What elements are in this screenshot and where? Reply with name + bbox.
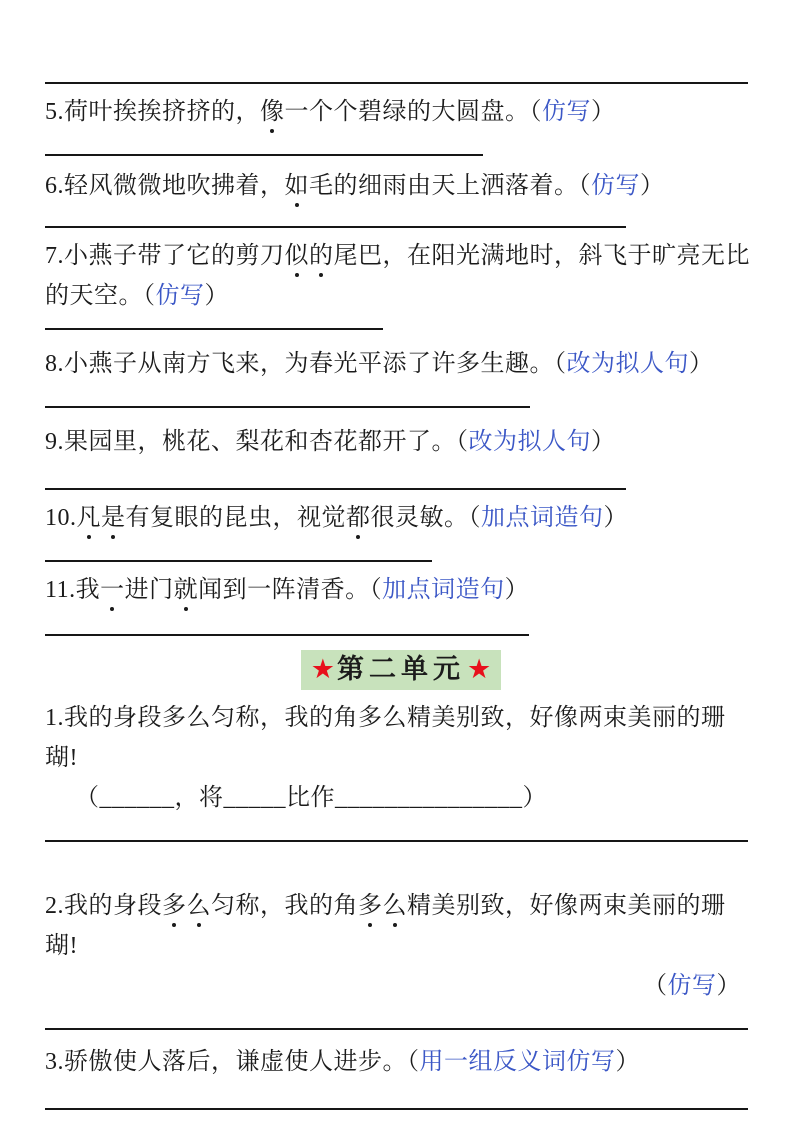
item-line: 8.小燕子从南方飞来，为春光平添了许多生趣。（改为拟人句） bbox=[45, 344, 757, 384]
item-line: （______，将_____比作_______________） bbox=[45, 778, 757, 818]
item-line: 9.果园里，桃花、梨花和杏花都开了。（改为拟人句） bbox=[45, 422, 757, 462]
item-text: 6.轻风微微地吹拂着， bbox=[45, 173, 285, 199]
item-line: 3.骄傲使人落后，谦虚使人进步。（用一组反义词仿写） bbox=[45, 1042, 757, 1082]
item-line: （仿写） bbox=[45, 966, 757, 1006]
paren-open: （ bbox=[407, 1049, 420, 1075]
worksheet-item: 11.我一进门就闻到一阵清香。（加点词造句） bbox=[45, 570, 757, 610]
annotation: 改为拟人句 bbox=[469, 429, 592, 455]
worksheet-item: 8.小燕子从南方飞来，为春光平添了许多生趣。（改为拟人句） bbox=[45, 344, 757, 384]
paren-close: ） bbox=[640, 173, 665, 199]
item-text: 闻到一阵清香。 bbox=[198, 577, 370, 603]
item-text: 10. bbox=[45, 505, 77, 531]
item-text: 3.骄傲使人落后，谦虚使人进步。 bbox=[45, 1049, 407, 1075]
item-line: 2.我的身段多么匀称，我的角多么精美别致，好像两束美丽的珊瑚! bbox=[45, 886, 757, 966]
paren-open: （ bbox=[579, 173, 592, 199]
worksheet-item: 5.荷叶挨挨挤挤的，像一个个碧绿的大圆盘。（仿写） bbox=[45, 92, 757, 132]
paren-open: （ bbox=[456, 429, 469, 455]
star-icon: ★ bbox=[467, 654, 491, 684]
item-text: 8.小燕子从南方飞来，为春光平添了许多生趣。 bbox=[45, 351, 554, 377]
item-text: 9.果园里，桃花、梨花和杏花都开了。 bbox=[45, 429, 456, 455]
answer-line bbox=[45, 406, 530, 408]
annotation: 仿写 bbox=[591, 173, 640, 199]
annotation: 加点词造句 bbox=[481, 505, 604, 531]
item-text: 1.我的身段多么匀称，我的角多么精美别致，好像两束美丽的珊瑚! bbox=[45, 705, 726, 771]
star-icon: ★ bbox=[311, 654, 335, 684]
item-text: 7.小燕子带了它的剪刀 bbox=[45, 243, 285, 269]
answer-line bbox=[45, 488, 626, 490]
unit-header-row: ★第二单元★ bbox=[45, 650, 757, 690]
item-line: 10.凡是有复眼的昆虫，视觉都很灵敏。（加点词造句） bbox=[45, 498, 757, 538]
emphasized-char: 凡 bbox=[77, 505, 102, 533]
paren-open: （ bbox=[530, 99, 543, 125]
answer-line bbox=[45, 226, 626, 228]
item-text: 有复眼的昆虫，视觉 bbox=[126, 505, 347, 531]
emphasized-char: 多 bbox=[358, 893, 383, 921]
annotation: 仿写 bbox=[156, 283, 205, 309]
worksheet-page: 5.荷叶挨挨挤挤的，像一个个碧绿的大圆盘。（仿写）6.轻风微微地吹拂着，如毛的细… bbox=[45, 0, 757, 1110]
worksheet-item: 6.轻风微微地吹拂着，如毛的细雨由天上洒落着。（仿写） bbox=[45, 166, 757, 206]
worksheet-item: 10.凡是有复眼的昆虫，视觉都很灵敏。（加点词造句） bbox=[45, 498, 757, 538]
item-line: 11.我一进门就闻到一阵清香。（加点词造句） bbox=[45, 570, 757, 610]
emphasized-char: 都 bbox=[346, 505, 371, 533]
paren-close: ） bbox=[505, 577, 530, 603]
emphasized-char: 一 bbox=[100, 577, 125, 605]
answer-line bbox=[45, 840, 748, 842]
worksheet-item: 1.我的身段多么匀称，我的角多么精美别致，好像两束美丽的珊瑚!（______，将… bbox=[45, 698, 757, 818]
item-text: （______，将_____比作_______________） bbox=[75, 785, 547, 811]
paren-close: ） bbox=[205, 283, 230, 309]
item-text: 一个个碧绿的大圆盘。 bbox=[285, 99, 530, 125]
paren-open: （ bbox=[370, 577, 383, 603]
item-text: 11.我 bbox=[45, 577, 100, 603]
worksheet-item: 9.果园里，桃花、梨花和杏花都开了。（改为拟人句） bbox=[45, 422, 757, 462]
answer-line bbox=[45, 634, 529, 636]
emphasized-char: 像 bbox=[260, 99, 285, 127]
item-line: 6.轻风微微地吹拂着，如毛的细雨由天上洒落着。（仿写） bbox=[45, 166, 757, 206]
item-text: 毛的细雨由天上洒落着。 bbox=[309, 173, 579, 199]
unit-title: 第二单元 bbox=[337, 654, 465, 684]
answer-line bbox=[45, 328, 383, 330]
item-text: 5.荷叶挨挨挤挤的， bbox=[45, 99, 260, 125]
answer-line bbox=[45, 82, 748, 84]
emphasized-char: 似 bbox=[285, 243, 310, 271]
answer-line bbox=[45, 1108, 748, 1110]
paren-close: ） bbox=[591, 99, 616, 125]
worksheet-item: 2.我的身段多么匀称，我的角多么精美别致，好像两束美丽的珊瑚!（仿写） bbox=[45, 886, 757, 1006]
item-text: 很灵敏。 bbox=[371, 505, 469, 531]
emphasized-char: 么 bbox=[187, 893, 212, 921]
annotation: 改为拟人句 bbox=[567, 351, 690, 377]
paren-open: （ bbox=[643, 973, 668, 999]
annotation: 仿写 bbox=[668, 973, 717, 999]
annotation: 仿写 bbox=[542, 99, 591, 125]
paren-close: ） bbox=[616, 1049, 641, 1075]
annotation: 加点词造句 bbox=[382, 577, 505, 603]
emphasized-char: 多 bbox=[162, 893, 187, 921]
paren-open: （ bbox=[143, 283, 156, 309]
worksheet-item: 7.小燕子带了它的剪刀似的尾巴，在阳光满地时，斜飞于旷亮无比的天空。（仿写） bbox=[45, 236, 757, 316]
item-line: 5.荷叶挨挨挤挤的，像一个个碧绿的大圆盘。（仿写） bbox=[45, 92, 757, 132]
item-line: 1.我的身段多么匀称，我的角多么精美别致，好像两束美丽的珊瑚! bbox=[45, 698, 757, 778]
answer-line bbox=[45, 154, 483, 156]
unit-header: ★第二单元★ bbox=[301, 650, 501, 690]
emphasized-char: 是 bbox=[101, 505, 126, 533]
paren-close: ） bbox=[604, 505, 629, 531]
answer-line bbox=[45, 560, 432, 562]
emphasized-char: 么 bbox=[383, 893, 408, 921]
item-text: 进门 bbox=[125, 577, 174, 603]
paren-close: ） bbox=[689, 351, 714, 377]
item-text: 2.我的身段 bbox=[45, 893, 162, 919]
answer-line bbox=[45, 1028, 748, 1030]
paren-close: ） bbox=[591, 429, 616, 455]
paren-close: ） bbox=[717, 973, 742, 999]
emphasized-char: 就 bbox=[174, 577, 199, 605]
annotation: 用一组反义词仿写 bbox=[420, 1049, 616, 1075]
emphasized-char: 如 bbox=[285, 173, 310, 201]
emphasized-char: 的 bbox=[309, 243, 334, 271]
item-text: 匀称，我的角 bbox=[211, 893, 358, 919]
item-line: 7.小燕子带了它的剪刀似的尾巴，在阳光满地时，斜飞于旷亮无比的天空。（仿写） bbox=[45, 236, 757, 316]
paren-open: （ bbox=[554, 351, 567, 377]
paren-open: （ bbox=[469, 505, 482, 531]
worksheet-item: 3.骄傲使人落后，谦虚使人进步。（用一组反义词仿写） bbox=[45, 1042, 757, 1082]
